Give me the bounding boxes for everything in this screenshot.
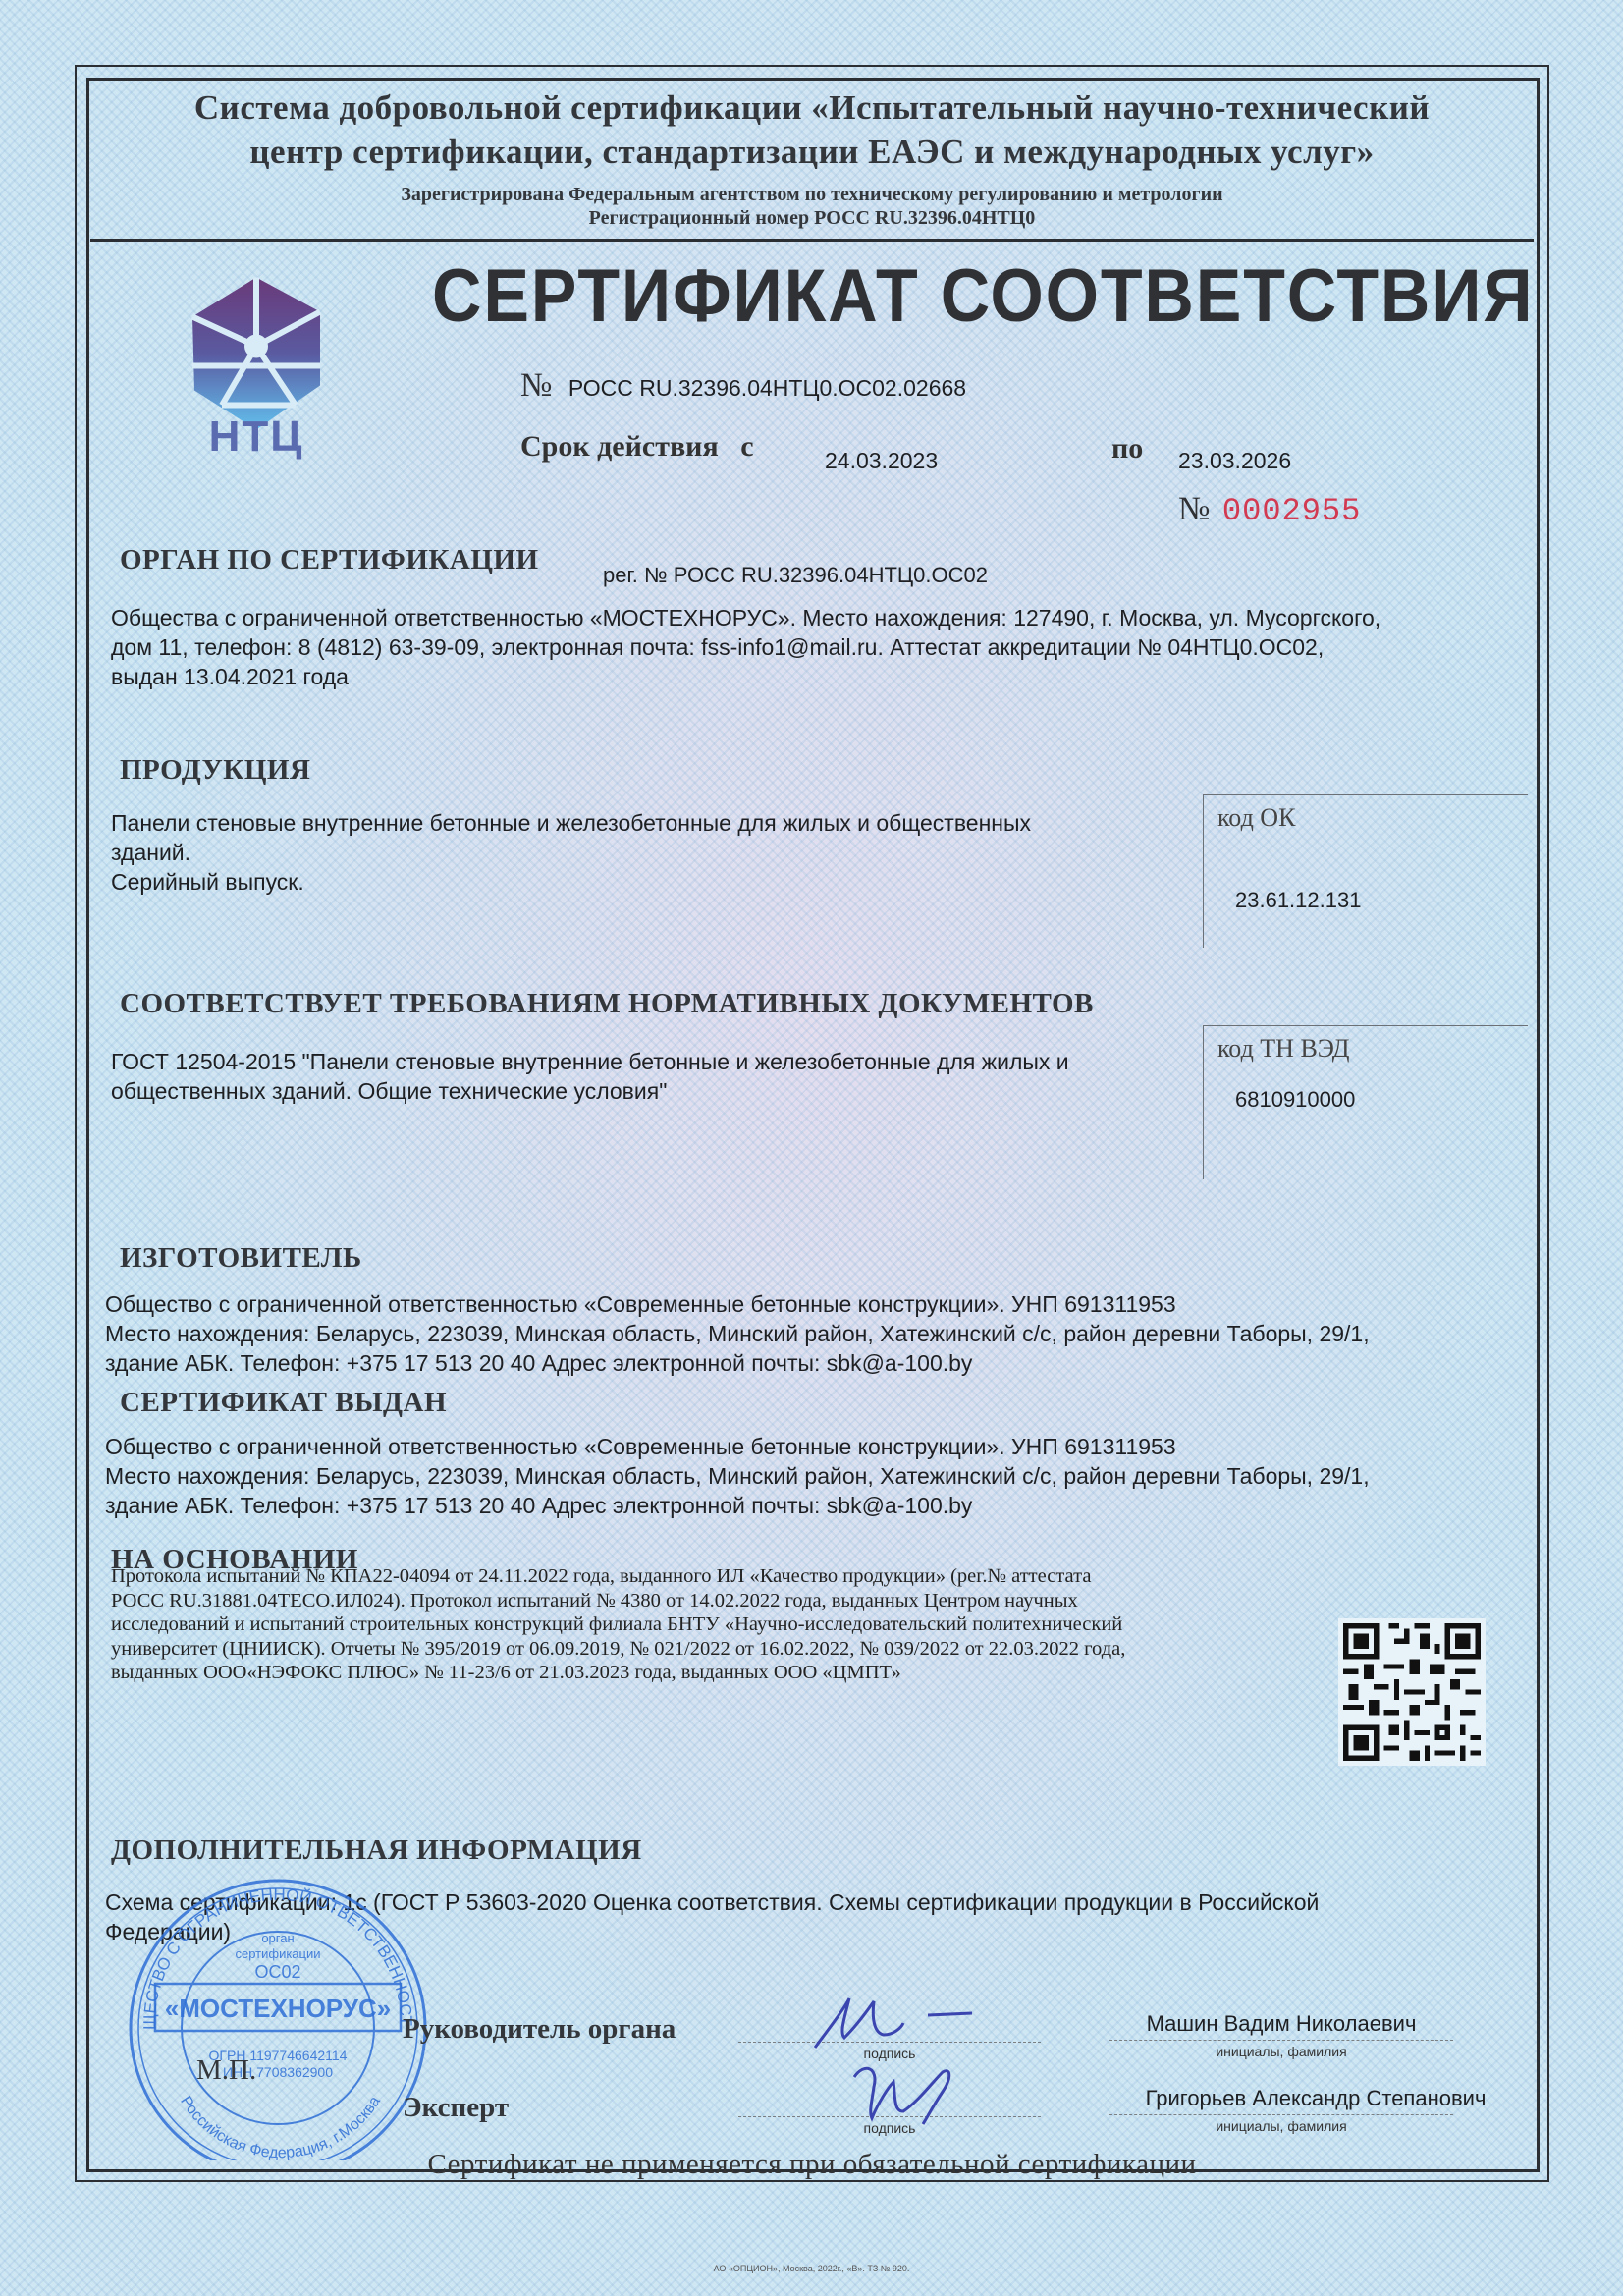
- text-line: Общества с ограниченной ответственностью…: [111, 603, 1380, 632]
- text-line: Общество с ограниченной ответственностью…: [105, 1289, 1370, 1319]
- stamp-inner-text-2: сертификации: [235, 1946, 320, 1961]
- expert-name: Григорьев Александр Степанович: [1109, 2086, 1522, 2111]
- okpd-code-box: код ОК 23.61.12.131: [1203, 794, 1528, 948]
- issued-to-details: Общество с ограниченной ответственностью…: [105, 1432, 1370, 1520]
- footer-note: Сертификат не применяется при обязательн…: [90, 2149, 1534, 2181]
- text-line: Место нахождения: Беларусь, 223039, Минс…: [105, 1461, 1370, 1491]
- text-line: РОСС RU.31881.04ТЕСО.ИЛ024). Протокол ис…: [111, 1589, 1250, 1613]
- text-line: Панели стеновые внутренние бетонные и же…: [111, 808, 1031, 838]
- text-line: университет (ЦНИИСК). Отчеты № 395/2019 …: [111, 1637, 1250, 1662]
- registration-authority: Зарегистрирована Федеральным агентством …: [90, 184, 1534, 206]
- basis-details: Протокола испытаний № КПА22-04094 от 24.…: [111, 1564, 1250, 1685]
- stamp-inner-text-3: ОС02: [254, 1962, 300, 1982]
- stamp-company-name: «МОСТЕХНОРУС»: [165, 1994, 391, 2023]
- tnved-code-label: код ТН ВЭД: [1217, 1034, 1350, 1064]
- stamp-inner-text-1: орган: [261, 1931, 294, 1945]
- certificate-number: РОСС RU.32396.04НТЦ0.ОС02.02668: [568, 375, 966, 401]
- head-name-caption: инициалы, фамилия: [1109, 2044, 1453, 2059]
- text-line: исследований и испытаний строительных ко…: [111, 1613, 1250, 1637]
- validity-label-row: Срок действия с: [520, 430, 754, 464]
- text-line: ГОСТ 12504-2015 "Панели стеновые внутрен…: [111, 1047, 1069, 1076]
- seal-place-label: М.П.: [196, 2054, 256, 2087]
- text-line: Протокола испытаний № КПА22-04094 от 24.…: [111, 1564, 1250, 1589]
- official-stamp-icon: ОБЩЕСТВО С ОГРАНИЧЕННОЙ ОТВЕТСТВЕННОСТЬЮ…: [116, 1866, 430, 2160]
- tnved-code-value: 6810910000: [1235, 1087, 1355, 1113]
- head-name: Машин Вадим Николаевич: [1109, 2011, 1453, 2037]
- text-line: зданий.: [111, 838, 1031, 867]
- text-line: Место нахождения: Беларусь, 223039, Минс…: [105, 1319, 1370, 1348]
- section-title-issued-to: СЕРТИФИКАТ ВЫДАН: [120, 1387, 447, 1419]
- registration-number: Регистрационный номер РОСС RU.32396.04НТ…: [90, 207, 1534, 230]
- text-line: здание АБК. Телефон: +375 17 513 20 40 А…: [105, 1491, 1370, 1520]
- tnved-code-box: код ТН ВЭД 6810910000: [1203, 1025, 1528, 1179]
- certificate-number-row: № РОСС RU.32396.04НТЦ0.ОС02.02668: [520, 367, 966, 405]
- text-line: общественных зданий. Общие технические у…: [111, 1076, 1069, 1106]
- issuer-system-name-line1: Система добровольной сертификации «Испыт…: [90, 88, 1534, 128]
- logo-text: НТЦ: [183, 412, 330, 462]
- head-name-line: [1109, 2040, 1453, 2041]
- expert-name-caption: инициалы, фамилия: [1109, 2118, 1453, 2134]
- printer-imprint: АО «ОПЦИОН», Москва, 2022г., «В». ТЗ № 9…: [0, 2264, 1623, 2273]
- text-line: Общество с ограниченной ответственностью…: [105, 1432, 1370, 1461]
- expert-label: Эксперт: [403, 2092, 509, 2124]
- number-sign: №: [520, 367, 552, 404]
- validity-label: Срок действия: [520, 430, 719, 463]
- text-line: выданных ООО«НЭФОКС ПЛЮС» № 11-23/6 от 2…: [111, 1661, 1250, 1685]
- text-line: выдан 13.04.2021 года: [111, 662, 1380, 691]
- header-divider: [90, 239, 1534, 242]
- section-title-product: ПРОДУКЦИЯ: [120, 754, 310, 787]
- okpd-code-value: 23.61.12.131: [1235, 888, 1361, 913]
- certification-body-reg-number: рег. № РОСС RU.32396.04НТЦ0.ОС02: [603, 563, 988, 588]
- head-signature-icon: [805, 1994, 992, 2052]
- text-line: здание АБК. Телефон: +375 17 513 20 40 А…: [105, 1348, 1370, 1378]
- validity-from-label: с: [740, 430, 753, 463]
- certification-body-details: Общества с ограниченной ответственностью…: [111, 603, 1380, 691]
- section-title-certification-body: ОРГАН ПО СЕРТИФИКАЦИИ: [120, 544, 539, 576]
- conformity-documents: ГОСТ 12504-2015 "Панели стеновые внутрен…: [111, 1047, 1069, 1106]
- section-title-manufacturer: ИЗГОТОВИТЕЛЬ: [120, 1242, 362, 1275]
- expert-signature-icon: [835, 2057, 1011, 2131]
- text-line: Серийный выпуск.: [111, 867, 1031, 897]
- validity-to-date: 23.03.2026: [1178, 448, 1291, 474]
- blank-serial-number: 0002955: [1222, 493, 1361, 529]
- number-sign: №: [1178, 491, 1210, 527]
- text-line: дом 11, телефон: 8 (4812) 63-39-09, элек…: [111, 632, 1380, 662]
- document-title: СЕРТИФИКАТ СООТВЕТСТВИЯ: [432, 253, 1417, 339]
- validity-to-label: по: [1111, 432, 1143, 465]
- issuer-system-name-line2: центр сертификации, стандартизации ЕАЭС …: [90, 133, 1534, 172]
- manufacturer-details: Общество с ограниченной ответственностью…: [105, 1289, 1370, 1378]
- section-title-conformity: СООТВЕТСТВУЕТ ТРЕБОВАНИЯМ НОРМАТИВНЫХ ДО…: [120, 988, 1094, 1020]
- validity-from-date: 24.03.2023: [825, 448, 938, 474]
- expert-name-line: [1109, 2114, 1453, 2115]
- okpd-code-label: код ОК: [1217, 803, 1295, 833]
- product-description: Панели стеновые внутренние бетонные и же…: [111, 808, 1031, 897]
- head-of-body-label: Руководитель органа: [403, 2013, 676, 2046]
- qr-code-icon[interactable]: [1338, 1618, 1486, 1766]
- blank-number-row: № 0002955: [1178, 491, 1361, 529]
- section-title-additional-info: ДОПОЛНИТЕЛЬНАЯ ИНФОРМАЦИЯ: [111, 1834, 642, 1867]
